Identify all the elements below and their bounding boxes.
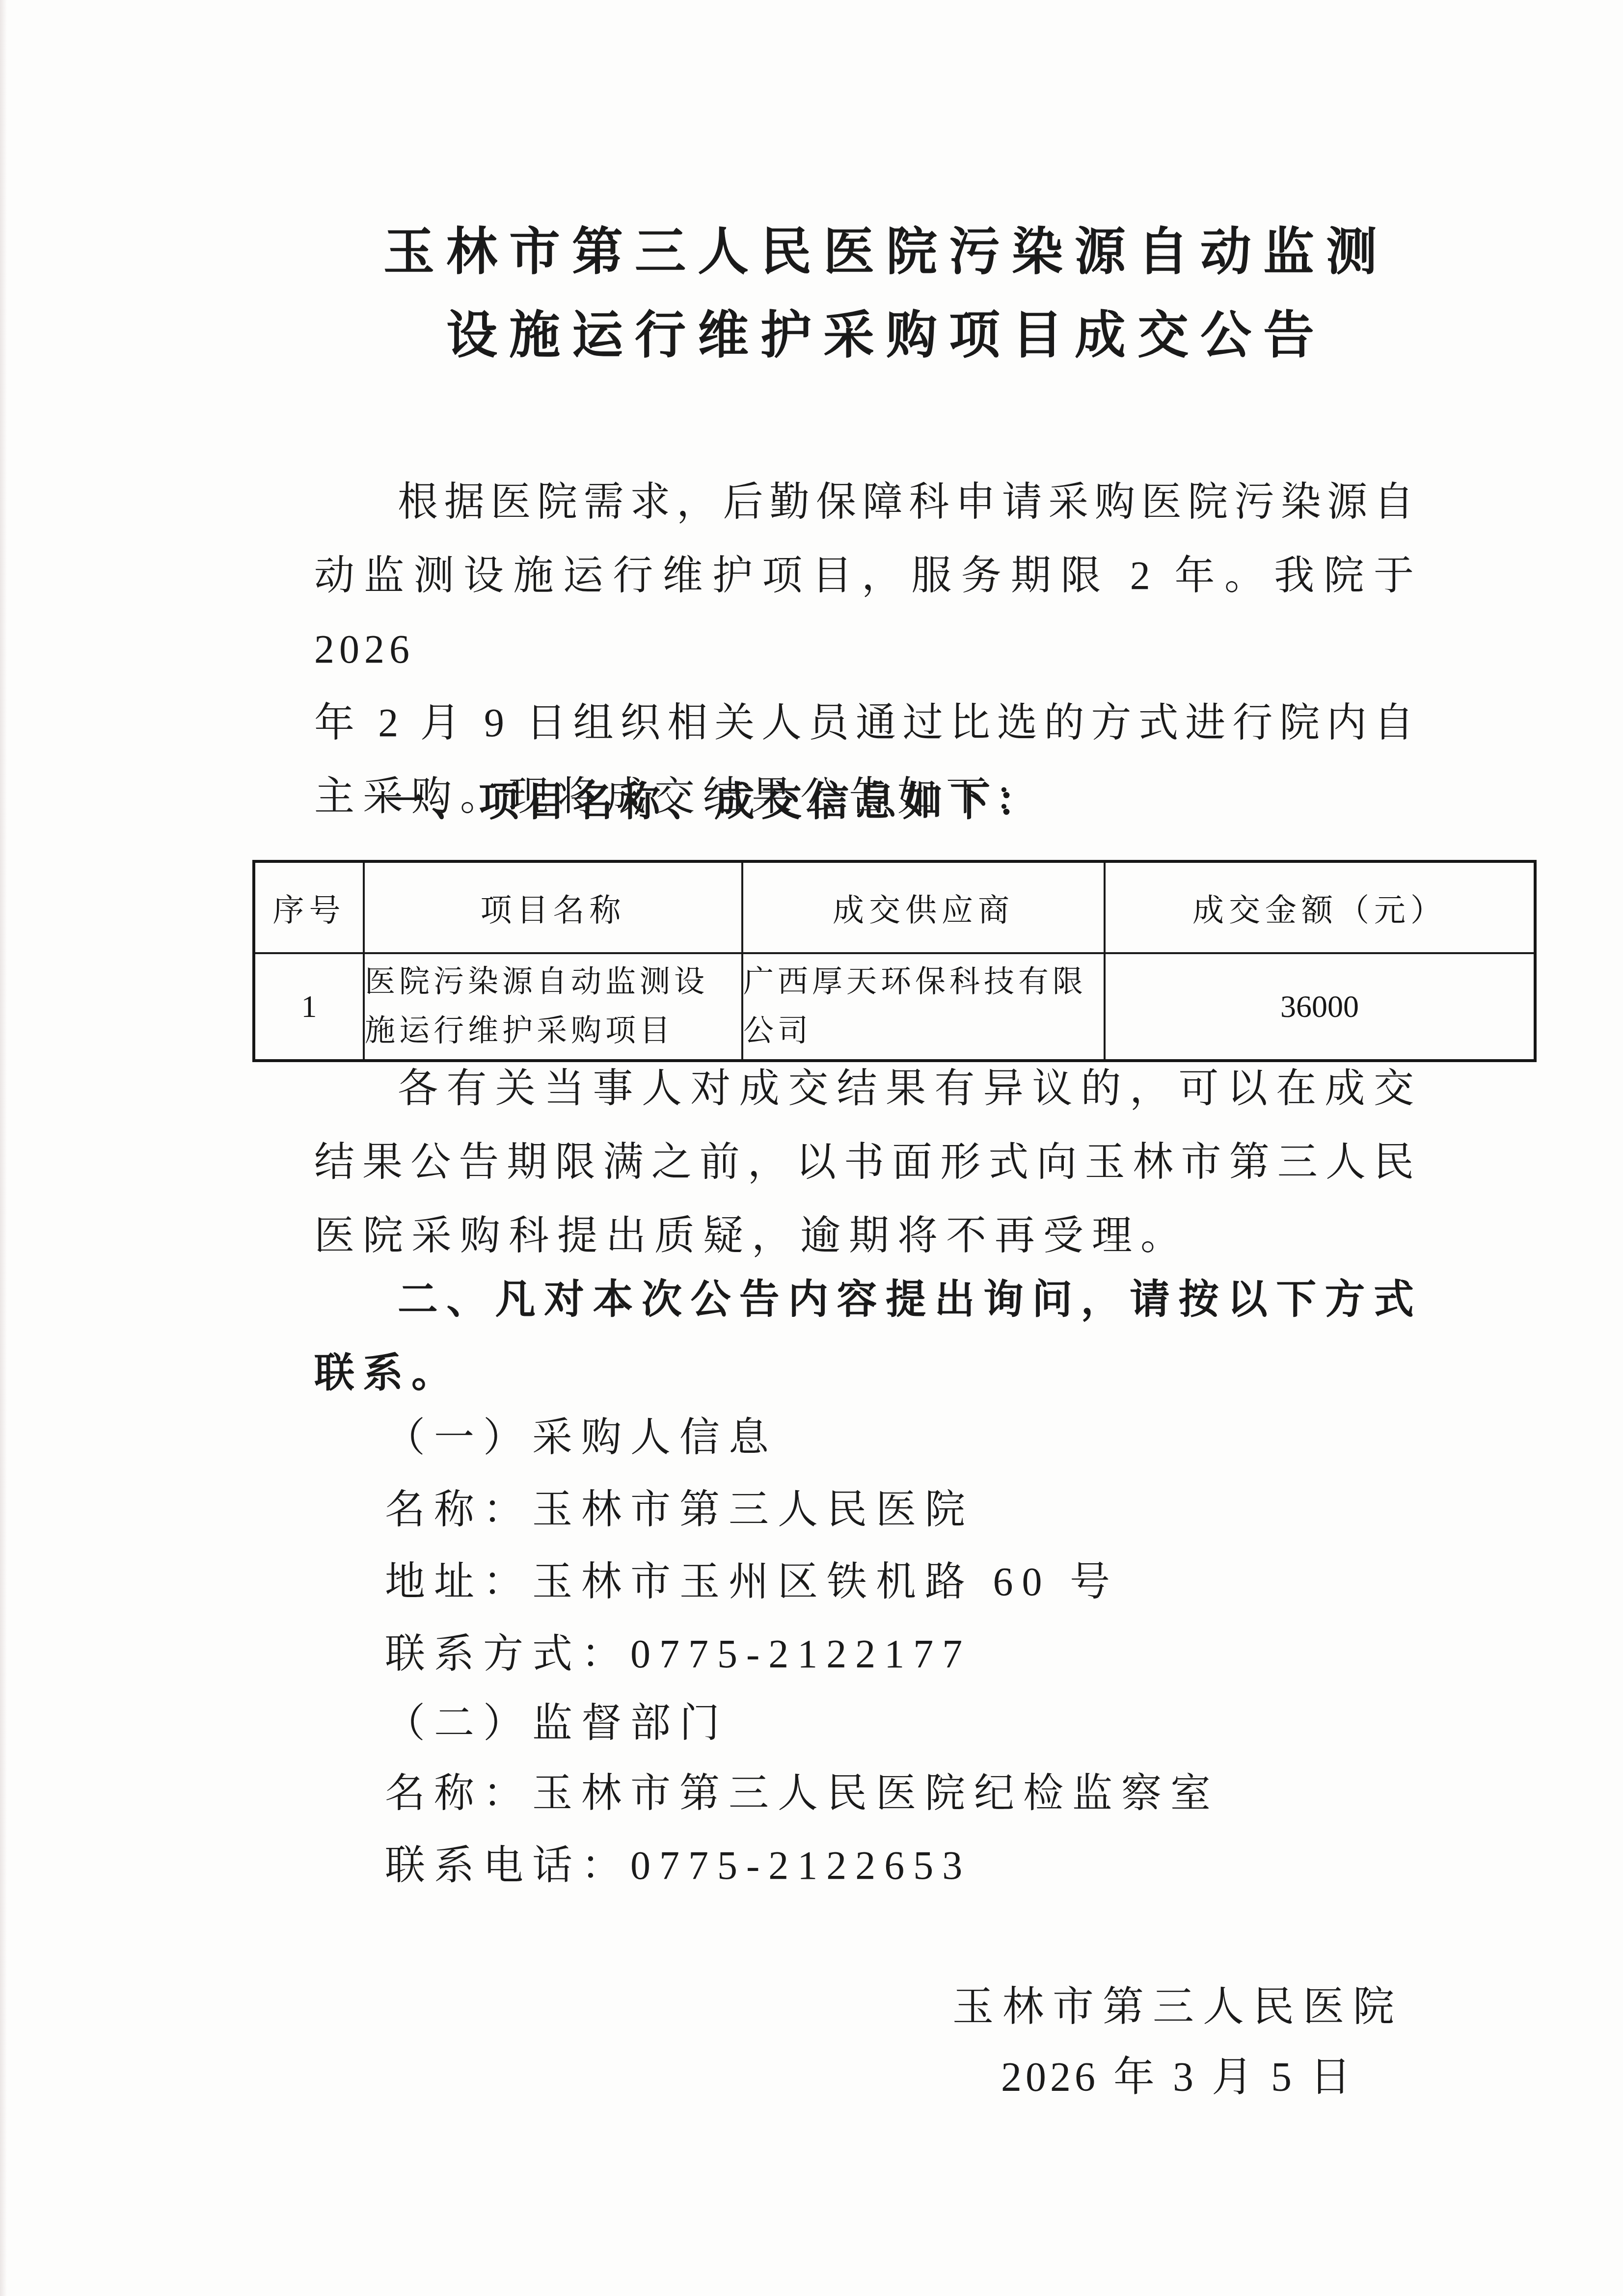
- section-1-heading: 一、项目名称、成交信息如下：: [384, 765, 1044, 839]
- objection-line-2: 结果公告期限满之前，以书面形式向玉林市第三人民: [314, 1125, 1419, 1199]
- supervisor-name: 名称：玉林市第三人民医院纪检监察室: [385, 1757, 1219, 1830]
- intro-line-3: 年 2 月 9 日组织相关人员通过比选的方式进行院内自: [314, 686, 1419, 760]
- section-2-line-2: 联系。: [314, 1336, 1419, 1410]
- section-2-paragraph: 二、凡对本次公告内容提出询问，请按以下方式 联系。: [314, 1263, 1419, 1410]
- section-2-line-1: 二、凡对本次公告内容提出询问，请按以下方式: [314, 1263, 1419, 1336]
- purchaser-name: 名称：玉林市第三人民医院: [385, 1473, 974, 1547]
- header-项目名称: 项目名称: [364, 861, 742, 953]
- supplier-line-1: 广西厚天环保科技有限: [743, 958, 1104, 1007]
- scan-edge-shadow: [0, 0, 7, 2296]
- cell-supplier: 广西厚天环保科技有限 公司: [742, 953, 1105, 1061]
- award-result-table: 序号 项目名称 成交供应商 成交金额（元） 1 医院污染源自动监测设 施运行维护…: [252, 860, 1537, 1062]
- cell-project-name: 医院污染源自动监测设 施运行维护采购项目: [364, 953, 742, 1061]
- supplier-line-2: 公司: [743, 1007, 1104, 1056]
- document-title: 玉林市第三人民医院污染源自动监测 设施运行维护采购项目成交公告: [75, 211, 1623, 378]
- header-成交金额: 成交金额（元）: [1105, 861, 1535, 953]
- objection-line-1: 各有关当事人对成交结果有异议的，可以在成交: [314, 1052, 1419, 1125]
- intro-line-2: 动监测设施运行维护项目，服务期限 2 年。我院于 2026: [314, 539, 1419, 686]
- project-name-line-1: 医院污染源自动监测设: [365, 958, 741, 1007]
- objection-line-3: 医院采购科提出质疑，逾期将不再受理。: [314, 1199, 1419, 1273]
- purchaser-address: 地址：玉林市玉州区铁机路 60 号: [385, 1545, 1119, 1619]
- table-row: 1 医院污染源自动监测设 施运行维护采购项目 广西厚天环保科技有限 公司 360…: [254, 953, 1535, 1061]
- issue-date: 2026 年 3 月 5 日: [1001, 2041, 1355, 2114]
- title-line-2: 设施运行维护采购项目成交公告: [75, 294, 1623, 378]
- header-序号: 序号: [254, 861, 364, 953]
- title-line-1: 玉林市第三人民医院污染源自动监测: [75, 211, 1623, 294]
- document-page: 玉林市第三人民医院污染源自动监测 设施运行维护采购项目成交公告 根据医院需求，后…: [0, 0, 1623, 2296]
- header-成交供应商: 成交供应商: [742, 861, 1105, 953]
- objection-paragraph: 各有关当事人对成交结果有异议的，可以在成交 结果公告期限满之前，以书面形式向玉林…: [314, 1052, 1419, 1273]
- supervisor-phone: 联系电话：0775-2122653: [385, 1829, 971, 1902]
- issuing-organization: 玉林市第三人民医院: [952, 1971, 1403, 2044]
- cell-amount: 36000: [1105, 953, 1535, 1061]
- project-name-line-2: 施运行维护采购项目: [365, 1007, 741, 1056]
- purchaser-info-heading: （一）采购人信息: [385, 1401, 778, 1474]
- supervisor-heading: （二）监督部门: [385, 1686, 729, 1760]
- table-header-row: 序号 项目名称 成交供应商 成交金额（元）: [254, 861, 1535, 953]
- cell-row-number: 1: [254, 953, 364, 1061]
- purchaser-phone: 联系方式：0775-2122177: [385, 1617, 971, 1691]
- intro-line-1: 根据医院需求，后勤保障科申请采购医院污染源自: [314, 465, 1419, 539]
